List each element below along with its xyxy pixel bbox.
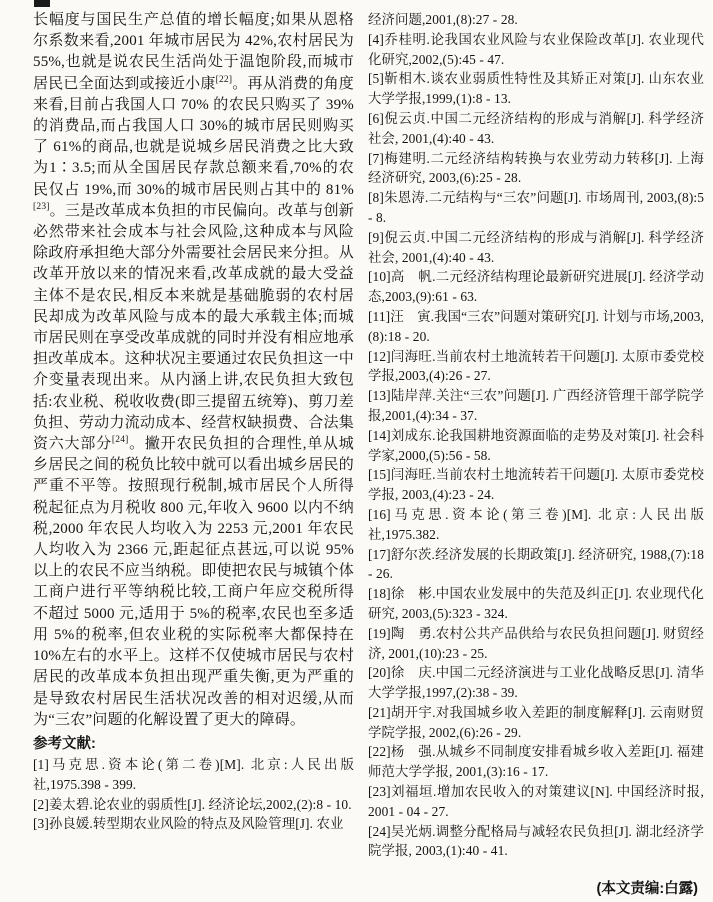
reference-item: [6]倪云贞.中国二元经济结构的形成与消解[J]. 科学经济社会, 2001,(… bbox=[368, 109, 704, 149]
body-paragraph: 长幅度与国民生产总值的增长幅度;如果从恩格尔系数来看,2001 年城市居民为 4… bbox=[33, 10, 354, 731]
editor-note: (本文责编:白露) bbox=[368, 877, 698, 898]
reference-item: [8]朱恩涛.二元结构与“三农”问题[J]. 市场周刊, 2003,(8):5 … bbox=[368, 188, 704, 228]
reference-item: [17]舒尔茨.经济发展的长期政策[J]. 经济研究, 1988,(7):18 … bbox=[368, 545, 704, 585]
reference-item: [24]吴光炳.调整分配格局与减轻农民负担[J]. 湖北经济学院学报, 2003… bbox=[368, 822, 704, 862]
reference-item: [22]杨 强.从城乡不同制度安排看城乡收入差距[J]. 福建师范大学学报, 2… bbox=[368, 742, 704, 782]
reference-item: [7]梅建明.二元经济结构转换与农业劳动力转移[J]. 上海经济研究, 2003… bbox=[368, 149, 704, 189]
body-text-segment: 。撇开农民负担的合理性,单从城乡居民之间的税负比较中就可以看出城乡居民的严重不平… bbox=[33, 436, 354, 728]
scan-artifact bbox=[34, 0, 50, 7]
right-reference-list: [4]乔桂明.论我国农业风险与农业保险改革[J]. 农业现代化研究,2002,(… bbox=[368, 30, 704, 861]
reference-item: [21]胡开宇.对我国城乡收入差距的制度解释[J]. 云南财贸学院学报, 200… bbox=[368, 703, 704, 743]
reference-item: [13]陆岸萍.关注“三农”问题[J]. 广西经济管理干部学院学报,2001,(… bbox=[368, 386, 704, 426]
reference-item: [5]靳相木.谈农业弱质性特性及其矫正对策[J]. 山东农业大学学报,1999,… bbox=[368, 69, 704, 109]
paper-page: 长幅度与国民生产总值的增长幅度;如果从恩格尔系数来看,2001 年城市居民为 4… bbox=[0, 0, 713, 902]
reference-item: [20]徐 庆.中国二元经济演进与工业化战略反思[J]. 清华大学学报,1997… bbox=[368, 663, 704, 703]
reference-item: [11]汪 寅.我国“三农”问题对策研究[J]. 计划与市场,2003,(8):… bbox=[368, 307, 704, 347]
reference-item: [18]徐 彬.中国农业发展中的失范及纠正[J]. 农业现代化研究, 2003,… bbox=[368, 584, 704, 624]
left-column: 长幅度与国民生产总值的增长幅度;如果从恩格尔系数来看,2001 年城市居民为 4… bbox=[33, 10, 354, 834]
body-text-segment: 。三是改革成本负担的市民偏向。改革与创新必然带来社会成本与社会风险,这种成本与风… bbox=[33, 203, 354, 452]
reference-item: [14]刘成东.论我国耕地资源面临的走势及对策[J]. 社会科学家,2000,(… bbox=[368, 426, 704, 466]
reference-item: [15]闫海旺.当前农村土地流转若干问题[J]. 太原市委党校学报, 2003,… bbox=[368, 465, 704, 505]
reference-item: [1]马克思.资本论(第二卷)[M]. 北京:人民出版社,1975.398 - … bbox=[33, 755, 354, 795]
left-reference-list: [1]马克思.资本论(第二卷)[M]. 北京:人民出版社,1975.398 - … bbox=[33, 755, 354, 834]
right-column: 经济问题,2001,(8):27 - 28. [4]乔桂明.论我国农业风险与农业… bbox=[368, 10, 704, 898]
reference-item: [3]孙良媛.转型期农业风险的特点及风险管理[J]. 农业 bbox=[33, 814, 354, 834]
reference-item: [2]姜太碧.论农业的弱质性[J]. 经济论坛,2002,(2):8 - 10. bbox=[33, 795, 354, 815]
reference-item: [19]陶 勇.农村公共产品供给与农民负担问题[J]. 财贸经济, 2001,(… bbox=[368, 624, 704, 664]
citation-superscript: [23] bbox=[33, 202, 50, 212]
reference-item: [12]闫海旺.当前农村土地流转若干问题[J]. 太原市委党校学报,2003,(… bbox=[368, 347, 704, 387]
reference-item: [23]刘福垣.增加农民收入的对策建议[N]. 中国经济时报, 2001 - 0… bbox=[368, 782, 704, 822]
references-heading: 参考文献: bbox=[33, 734, 354, 754]
reference-item: [16]马克思.资本论(第三卷)[M]. 北京:人民出版社,1975.382. bbox=[368, 505, 704, 545]
citation-superscript: [24] bbox=[112, 435, 129, 445]
reference-item: [4]乔桂明.论我国农业风险与农业保险改革[J]. 农业现代化研究,2002,(… bbox=[368, 30, 704, 70]
reference-item: [9]倪云贞.中国二元经济结构的形成与消解[J]. 科学经济社会, 2001,(… bbox=[368, 228, 704, 268]
citation-superscript: [22] bbox=[216, 75, 233, 85]
body-text-segment: 。再从消费的角度来看,目前占我国人口 70% 的农民只购买了 39%的消费品,而… bbox=[33, 76, 354, 198]
reference-item: [10]高 帆.二元经济结构理论最新研究进展[J]. 经济学动态,2003,(9… bbox=[368, 267, 704, 307]
reference-continuation: 经济问题,2001,(8):27 - 28. bbox=[368, 10, 704, 30]
